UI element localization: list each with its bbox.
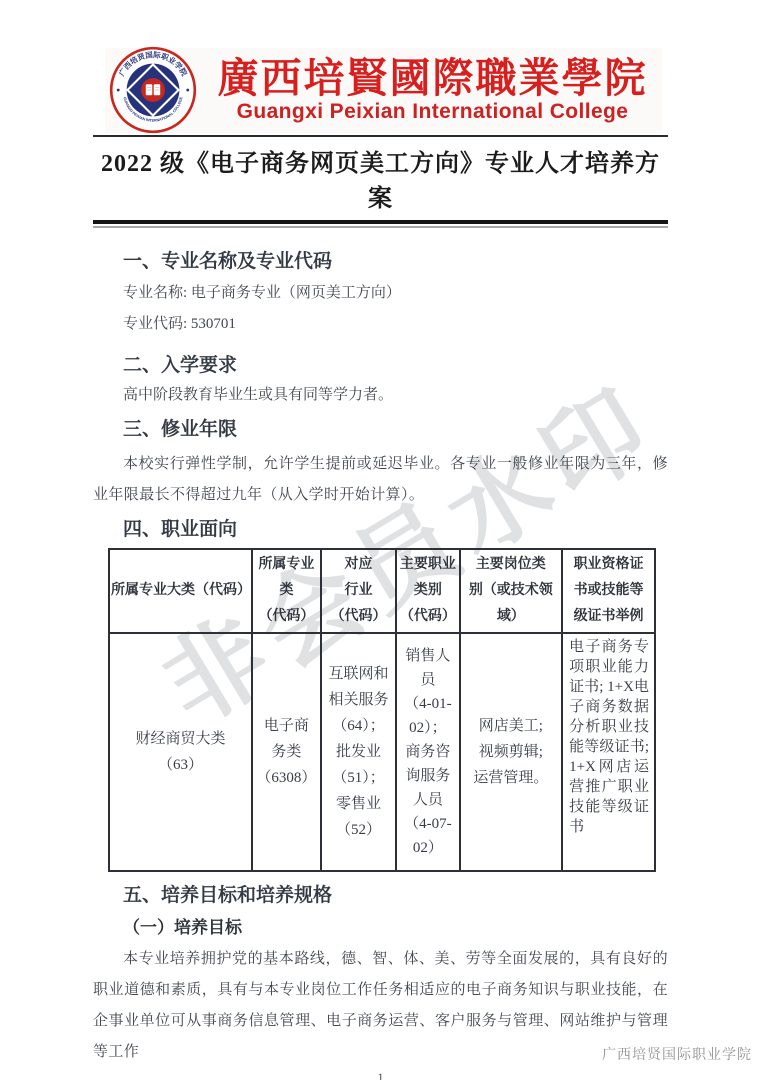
table-header-row: 所属专业大类（代码） 所属专业 类 （代码） 对应 行业 （代码） 主要职业 类… xyxy=(109,549,655,633)
college-name-block: 廣西培賢國際職業學院 Guangxi Peixian International… xyxy=(207,58,658,124)
document-page: { "watermark": "非会员水印", "header": { "col… xyxy=(0,0,764,1080)
section-2-body: 高中阶段教育毕业生或具有同等学力者。 xyxy=(93,380,668,411)
col-header-occupation: 主要职业 类别 （代码） xyxy=(396,549,459,633)
page-body: 广西培贤国际职业学院 GUANGXI PEIXIAN INTERNATIONAL… xyxy=(0,0,764,1080)
cell-certificates: 电子商务专项职业能力证书; 1+X电子商务数据分析职业技能等级证书; 1+X网店… xyxy=(562,633,655,871)
subsection-heading-training-goal: （一）培养目标 xyxy=(93,917,668,939)
major-name-line: 专业名称: 电子商务专业（网页美工方向） xyxy=(93,278,668,309)
col-header-industry: 对应 行业 （代码） xyxy=(321,549,396,633)
college-logo: 广西培贤国际职业学院 GUANGXI PEIXIAN INTERNATIONAL… xyxy=(109,46,197,134)
career-orientation-table: 所属专业大类（代码） 所属专业 类 （代码） 对应 行业 （代码） 主要职业 类… xyxy=(108,548,656,872)
footer-college-name: 广西培贤国际职业学院 xyxy=(602,1044,752,1064)
col-header-major-category: 所属专业大类（代码） xyxy=(109,549,252,633)
col-header-post-type: 主要岗位类 别（或技术领 域） xyxy=(460,549,563,633)
cell-major-class: 电子商 务类 （6308） xyxy=(252,633,321,871)
cell-industry: 互联网和 相关服务 （64）； 批发业 （51）； 零售业 （52） xyxy=(321,633,396,871)
cell-post-type: 网店美工; 视频剪辑; 运营管理。 xyxy=(460,633,563,871)
major-code-line: 专业代码: 530701 xyxy=(93,309,668,340)
document-title: 2022 级《电子商务网页美工方向》专业人才培养方案 xyxy=(93,135,668,224)
college-name-english: Guangxi Peixian International College xyxy=(207,100,658,123)
page-number: 1 xyxy=(93,1070,668,1080)
cell-major-category: 财经商贸大类 （63） xyxy=(109,633,252,871)
book-icon xyxy=(146,83,160,95)
section-5-body: 本专业培养拥护党的基本路线，德、智、体、美、劳等全面发展的，具有良好的职业道德和… xyxy=(93,944,668,1068)
section-heading-3: 三、修业年限 xyxy=(93,418,668,441)
section-heading-4: 四、职业面向 xyxy=(93,518,668,541)
college-logo-emblem: 广西培贤国际职业学院 GUANGXI PEIXIAN INTERNATIONAL… xyxy=(109,46,197,134)
cell-occupation: 销售人 员 （4-01- 02）； 商务咨 询服务 人员 （4-07- 02） xyxy=(396,633,459,871)
section-heading-5: 五、培养目标和培养规格 xyxy=(93,884,668,907)
section-heading-1: 一、专业名称及专业代码 xyxy=(93,250,668,273)
section-heading-2: 二、入学要求 xyxy=(93,354,668,377)
college-masthead: 广西培贤国际职业学院 GUANGXI PEIXIAN INTERNATIONAL… xyxy=(105,48,662,133)
college-name-chinese: 廣西培賢國際職業學院 xyxy=(207,58,658,100)
col-header-major-class: 所属专业 类 （代码） xyxy=(252,549,321,633)
section-1-body: 专业名称: 电子商务专业（网页美工方向） 专业代码: 530701 xyxy=(93,278,668,340)
table-data-row: 财经商贸大类 （63） 电子商 务类 （6308） 互联网和 相关服务 （64）… xyxy=(109,633,655,871)
logo-ring-dot-left xyxy=(117,88,120,91)
logo-ring-dot-right xyxy=(186,88,189,91)
col-header-certificates: 职业资格证 书或技能等 级证书举例 xyxy=(562,549,655,633)
section-3-body: 本校实行弹性学制，允许学生提前或延迟毕业。各专业一般修业年限为三年，修业年限最长… xyxy=(93,449,668,511)
